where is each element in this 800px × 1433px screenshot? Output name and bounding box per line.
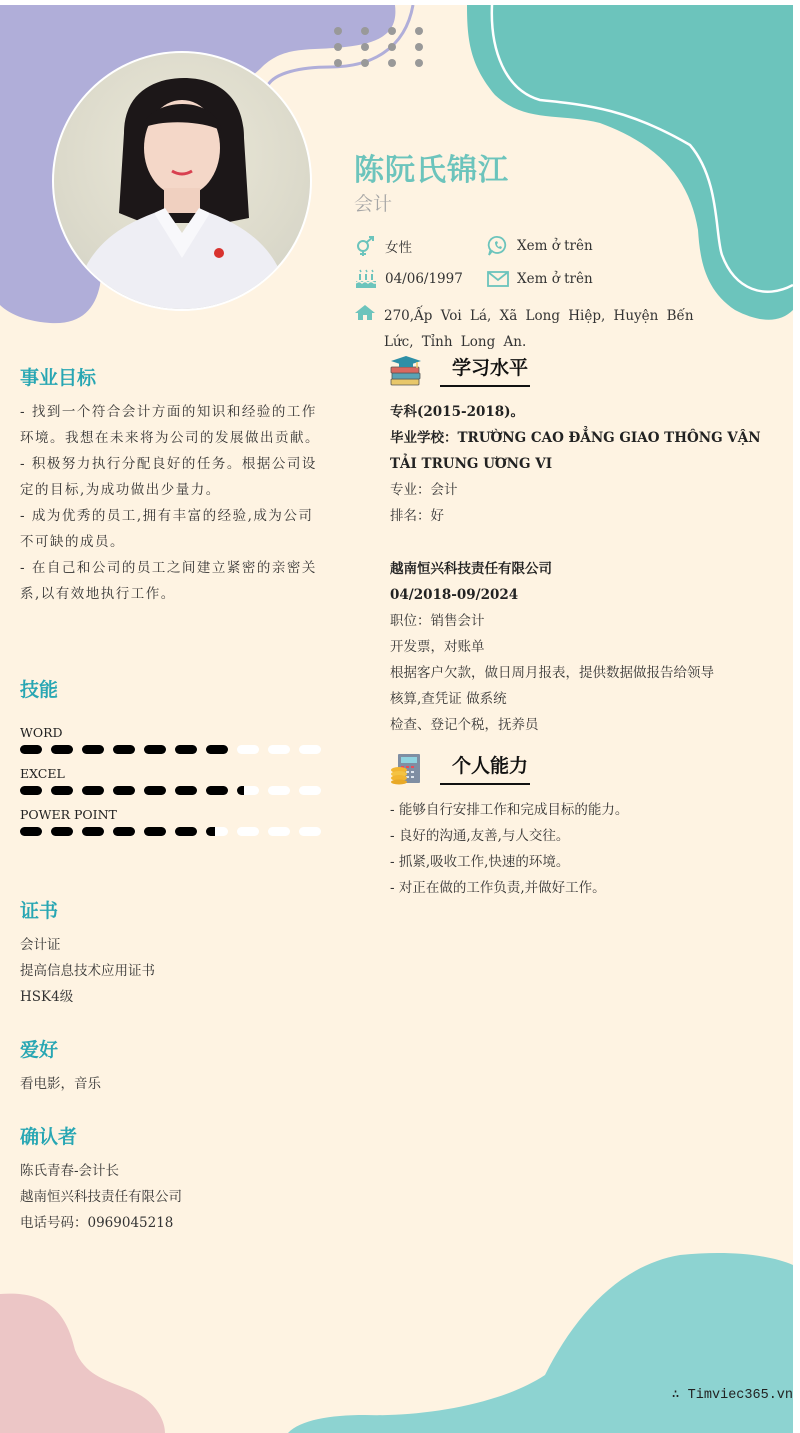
skill-segment bbox=[144, 745, 166, 754]
skill-segment bbox=[237, 827, 259, 836]
ability-item: - 能够自行安排工作和完成目标的能力。 bbox=[390, 797, 770, 823]
objective-line: - 积极努力执行分配良好的任务。根据公司设定的目标,为成功做出少量力。 bbox=[20, 451, 325, 503]
ability-item: - 抓紧,吸收工作,快速的环境。 bbox=[390, 849, 770, 875]
pink-blob bbox=[0, 1294, 165, 1433]
phone-row: Xem ở trên bbox=[486, 235, 593, 257]
duty-item: 核算,查凭证 做系统 bbox=[390, 686, 770, 712]
whatsapp-phone-icon bbox=[486, 235, 510, 257]
portrait-illustration bbox=[54, 53, 310, 309]
certificates-section: 证书 会计证 提高信息技术应用证书 HSK4级 bbox=[20, 898, 325, 1010]
graduation-books-icon bbox=[390, 355, 422, 387]
skill-bar-excel bbox=[20, 786, 325, 795]
skill-segment bbox=[51, 786, 73, 795]
rank: 排名：好 bbox=[390, 503, 770, 529]
skill-segment bbox=[20, 827, 42, 836]
skill-segment bbox=[299, 827, 321, 836]
certificates-heading: 证书 bbox=[20, 898, 325, 924]
resume-page: 陈阮氏锦江 会计 女性 04/06/1997 Xem ở trên Xem ở … bbox=[0, 5, 793, 1433]
duty-item: 根据客户欠款，做日周月报表，提供数据做报告给领导 bbox=[390, 660, 770, 686]
watermark[interactable]: ∴ Timviec365.vn bbox=[671, 1386, 793, 1403]
skill-segment bbox=[113, 786, 135, 795]
gender-row: 女性 bbox=[354, 235, 412, 257]
skills-heading: 技能 bbox=[20, 677, 325, 703]
skill-segment bbox=[268, 786, 290, 795]
abilities-heading: 个人能力 bbox=[440, 753, 530, 785]
skill-segment bbox=[20, 745, 42, 754]
skill-segment bbox=[113, 827, 135, 836]
education-section: 学习水平 专科(2015-2018)。 毕业学校：TRƯỜNG CAO ĐẲNG… bbox=[390, 347, 770, 529]
gender-value: 女性 bbox=[385, 236, 412, 256]
skill-segment bbox=[268, 745, 290, 754]
profile-photo bbox=[52, 51, 312, 311]
experience-section: 越南恒兴科技责任有限公司 04/2018-09/2024 职位：销售会计 开发票… bbox=[390, 556, 770, 738]
objective-section: 事业目标 - 找到一个符合会计方面的知识和经验的工作环境。我想在未来将为公司的发… bbox=[20, 365, 325, 607]
birthday-cake-icon bbox=[354, 268, 378, 290]
certificate-item: HSK4级 bbox=[20, 984, 325, 1010]
abilities-header: 个人能力 bbox=[390, 745, 770, 785]
company-name: 越南恒兴科技责任有限公司 bbox=[390, 556, 770, 582]
reference-heading: 确认者 bbox=[20, 1124, 325, 1150]
certificate-item: 会计证 bbox=[20, 932, 325, 958]
birthdate-row: 04/06/1997 bbox=[354, 268, 463, 290]
school: 毕业学校：TRƯỜNG CAO ĐẲNG GIAO THÔNG VẬN TẢI … bbox=[390, 425, 770, 477]
birthdate-value: 04/06/1997 bbox=[385, 271, 463, 287]
skill-bar-powerpoint bbox=[20, 827, 325, 836]
skill-segment bbox=[82, 827, 104, 836]
skill-segment bbox=[237, 745, 259, 754]
employment-period: 04/2018-09/2024 bbox=[390, 582, 770, 608]
gender-icon bbox=[354, 235, 378, 257]
degree: 专科(2015-2018)。 bbox=[390, 399, 770, 425]
skill-segment bbox=[268, 827, 290, 836]
skill-segment bbox=[206, 745, 228, 754]
skill-label: WORD bbox=[20, 725, 325, 741]
objective-line: - 在自己和公司的员工之间建立紧密的亲密关系,以有效地执行工作。 bbox=[20, 555, 325, 607]
skill-label: POWER POINT bbox=[20, 807, 325, 823]
abilities-section: 个人能力 - 能够自行安排工作和完成目标的能力。 - 良好的沟通,友善,与人交往… bbox=[390, 745, 770, 901]
skill-segment bbox=[51, 827, 73, 836]
reference-item: 越南恒兴科技责任有限公司 bbox=[20, 1184, 325, 1210]
skill-bar-word bbox=[20, 745, 325, 754]
reference-section: 确认者 陈氏青春-会计长 越南恒兴科技责任有限公司 电话号码：096904521… bbox=[20, 1124, 325, 1236]
ability-item: - 对正在做的工作负责,并做好工作。 bbox=[390, 875, 770, 901]
education-heading: 学习水平 bbox=[440, 355, 530, 387]
objective-line: - 成为优秀的员工,拥有丰富的经验,成为公司不可缺的成员。 bbox=[20, 503, 325, 555]
reference-item: 陈氏青春-会计长 bbox=[20, 1158, 325, 1184]
skills-section: 技能 WORD EXCEL POWER POINT bbox=[20, 677, 325, 848]
skill-label: EXCEL bbox=[20, 766, 325, 782]
objective-heading: 事业目标 bbox=[20, 365, 325, 391]
calculator-coins-icon bbox=[390, 753, 422, 785]
education-header: 学习水平 bbox=[390, 347, 770, 387]
skill-segment bbox=[175, 745, 197, 754]
skill-segment bbox=[20, 786, 42, 795]
hobbies-heading: 爱好 bbox=[20, 1037, 325, 1063]
envelope-icon bbox=[486, 268, 510, 290]
skill-segment bbox=[144, 827, 166, 836]
email-value[interactable]: Xem ở trên bbox=[517, 271, 593, 287]
skill-segment bbox=[206, 786, 228, 795]
skill-segment bbox=[175, 827, 197, 836]
skill-segment bbox=[206, 827, 228, 836]
teal-blob-bottom bbox=[288, 1253, 793, 1433]
hobby-item: 看电影，音乐 bbox=[20, 1071, 325, 1097]
hobbies-section: 爱好 看电影，音乐 bbox=[20, 1037, 325, 1097]
skill-segment bbox=[82, 786, 104, 795]
skill-segment bbox=[175, 786, 197, 795]
job-title: 会计 bbox=[354, 189, 392, 216]
skill-segment bbox=[144, 786, 166, 795]
major: 专业：会计 bbox=[390, 477, 770, 503]
skill-segment bbox=[299, 786, 321, 795]
home-icon bbox=[354, 303, 378, 325]
skill-segment bbox=[113, 745, 135, 754]
reference-item: 电话号码：0969045218 bbox=[20, 1210, 325, 1236]
position: 职位：销售会计 bbox=[390, 608, 770, 634]
objective-line: - 找到一个符合会计方面的知识和经验的工作环境。我想在未来将为公司的发展做出贡献… bbox=[20, 399, 325, 451]
duty-item: 检查、登记个税，抚养员 bbox=[390, 712, 770, 738]
phone-value[interactable]: Xem ở trên bbox=[517, 238, 593, 254]
skill-segment bbox=[82, 745, 104, 754]
certificate-item: 提高信息技术应用证书 bbox=[20, 958, 325, 984]
email-row: Xem ở trên bbox=[486, 268, 593, 290]
skill-segment bbox=[299, 745, 321, 754]
ability-item: - 良好的沟通,友善,与人交往。 bbox=[390, 823, 770, 849]
skill-segment bbox=[51, 745, 73, 754]
skill-segment bbox=[237, 786, 259, 795]
candidate-name: 陈阮氏锦江 bbox=[354, 145, 509, 189]
duty-item: 开发票，对账单 bbox=[390, 634, 770, 660]
